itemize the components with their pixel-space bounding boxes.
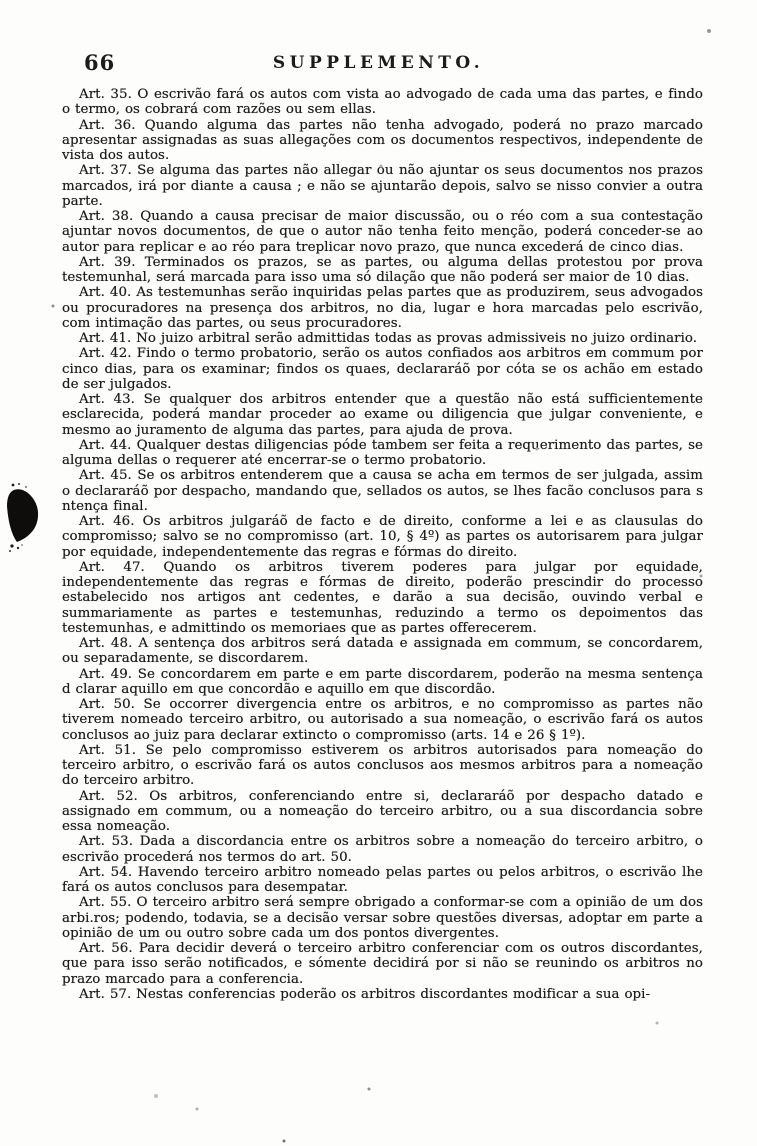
article-list: Art. 35. O escrivão fará os autos com vi… [62, 87, 703, 1002]
article-paragraph-48: Art. 48. A sentença dos arbitros será da… [62, 636, 703, 667]
article-paragraph-41: Art. 41. No juizo arbitral serão admitti… [62, 331, 703, 346]
article-paragraph-56: Art. 56. Para decidir deverá o terceiro … [62, 941, 703, 987]
article-paragraph-44: Art. 44. Qualquer destas diligencias pód… [62, 438, 703, 469]
article-paragraph-53: Art. 53. Dada a discordancia entre os ar… [62, 834, 703, 865]
article-paragraph-42: Art. 42. Findo o termo probatorio, serão… [62, 346, 703, 392]
article-paragraph-46: Art. 46. Os arbitros julgaráõ de facto e… [62, 514, 703, 560]
article-paragraph-57: Art. 57. Nestas conferencias poderão os … [62, 987, 703, 1002]
article-paragraph-52: Art. 52. Os arbitros, conferenciando ent… [62, 789, 703, 835]
article-paragraph-51: Art. 51. Se pelo compromisso estiverem o… [62, 743, 703, 789]
article-paragraph-50: Art. 50. Se occorrer divergencia entre o… [62, 697, 703, 743]
article-paragraph-49: Art. 49. Se concordarem em parte e em pa… [62, 667, 703, 698]
article-paragraph-55: Art. 55. O terceiro arbitro será sempre … [62, 895, 703, 941]
scan-noise-specks [0, 0, 2, 2]
article-paragraph-35: Art. 35. O escrivão fará os autos com vi… [62, 87, 703, 118]
article-paragraph-54: Art. 54. Havendo terceiro arbitro nomead… [62, 865, 703, 896]
article-paragraph-38: Art. 38. Quando a causa precisar de maio… [62, 209, 703, 255]
ink-blot [4, 482, 46, 554]
page-header: 66 SUPPLEMENTO. [0, 50, 757, 78]
article-paragraph-43: Art. 43. Se qualquer dos arbitros entend… [62, 392, 703, 438]
article-paragraph-45: Art. 45. Se os arbitros entenderem que a… [62, 468, 703, 514]
page-title: SUPPLEMENTO. [0, 53, 757, 73]
article-paragraph-40: Art. 40. As testemunhas serão inquiridas… [62, 285, 703, 331]
article-paragraph-37: Art. 37. Se alguma das partes não allega… [62, 163, 703, 209]
article-paragraph-47: Art. 47. Quando os arbitros tiverem pode… [62, 560, 703, 636]
scanned-document-page: 66 SUPPLEMENTO. Art. 35. O escrivão fará… [0, 0, 757, 1146]
article-paragraph-36: Art. 36. Quando alguma das partes não te… [62, 118, 703, 164]
article-paragraph-39: Art. 39. Terminados os prazos, se as par… [62, 255, 703, 286]
